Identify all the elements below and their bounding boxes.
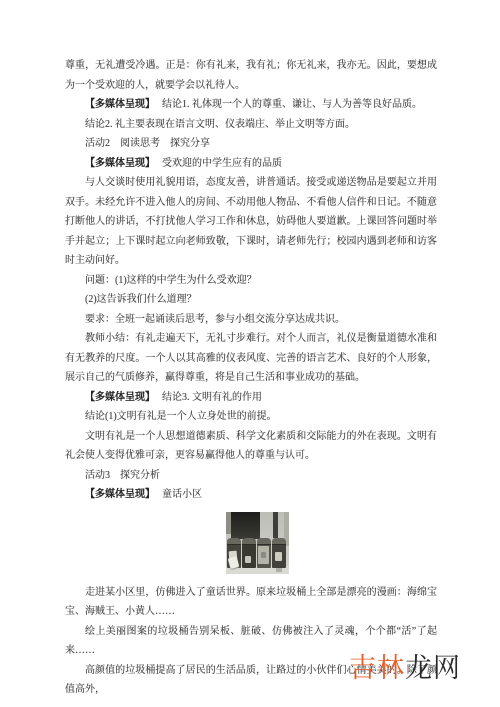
trash-bins-photo — [226, 512, 289, 574]
paragraph: (2)这告诉我们什么道理？ — [65, 290, 437, 310]
bin-lid — [272, 538, 286, 545]
wall-pole — [273, 512, 278, 538]
watermark-text-orange: 吉林 — [349, 653, 405, 683]
paragraph: 【多媒体呈现】童话小区 — [65, 485, 437, 505]
cartoon-sticker — [245, 556, 251, 563]
cartoon-sticker — [261, 552, 266, 558]
paragraph: 【多媒体呈现】结论1. 礼体现一个人的尊重、谦让、与人为善等良好品质。 — [65, 95, 437, 115]
watermark-text-black: 龙网 — [405, 653, 461, 683]
trash-bin — [272, 538, 286, 568]
site-watermark: 吉林龙网 — [349, 646, 461, 685]
paragraph: 教师小结：有礼走遍天下，无礼寸步难行。对个人而言，礼仪是衡量道德水准和有无教养的… — [65, 329, 437, 388]
media-presentation-label: 【多媒体呈现】 — [85, 489, 155, 500]
photo-row — [65, 512, 437, 576]
floor-mark — [276, 568, 282, 572]
bin-lid — [242, 538, 256, 545]
document-page: 尊重，无礼遭受冷遇。正是：你有礼来，我有礼；你无礼来，我亦无。因此，要想成为一个… — [0, 0, 500, 707]
paragraph-text: 结论3. 文明有礼的作用 — [162, 392, 262, 403]
paragraph: 【多媒体呈现】结论3. 文明有礼的作用 — [65, 388, 437, 408]
paragraph: 走进某小区里，仿佛进入了童话世界。原来垃圾桶上全部是漂亮的漫画：海绵宝宝、海贼王… — [65, 583, 437, 622]
trash-bin — [242, 538, 256, 568]
bin-lid — [257, 538, 271, 545]
paragraph: 文明有礼是一个人思想道德素质、科学文化素质和交际能力的外在表现。文明有礼会使人变… — [65, 427, 437, 466]
paragraph: 【多媒体呈现】受欢迎的中学生应有的品质 — [65, 154, 437, 174]
dark-doorway — [231, 512, 260, 539]
media-presentation-label: 【多媒体呈现】 — [85, 99, 155, 110]
activity-heading: 活动2 阅读思考 探究分享 — [65, 134, 437, 154]
media-presentation-label: 【多媒体呈现】 — [85, 158, 155, 169]
paragraph-text: 结论1. 礼体现一个人的尊重、谦让、与人为善等良好品质。 — [162, 99, 422, 110]
bin-lid — [227, 538, 241, 545]
activity-heading: 活动3 探究分析 — [65, 466, 437, 486]
paragraph: 与人交谈时使用礼貌用语，态度友善，讲普通话。接受或递送物品是要起立并用双手。未经… — [65, 173, 437, 271]
paragraph: 要求：全班一起诵读后思考，参与小组交流分享达成共识。 — [65, 310, 437, 330]
paragraph: 结论2. 礼主要表现在语言文明、仪表端庄、举止文明等方面。 — [65, 115, 437, 135]
document-body: 尊重，无礼遭受冷遇。正是：你有礼来，我有礼；你无礼来，我亦无。因此，要想成为一个… — [65, 56, 437, 700]
trash-bin — [257, 538, 271, 568]
cartoon-sticker — [275, 552, 282, 561]
paragraph: 尊重，无礼遭受冷遇。正是：你有礼来，我有礼；你无礼来，我亦无。因此，要想成为一个… — [65, 56, 437, 95]
paragraph-text: 童话小区 — [162, 489, 202, 500]
paragraph: 结论(1)文明有礼是一个人立身处世的前提。 — [65, 407, 437, 427]
paragraph: 问题：(1)这样的中学生为什么受欢迎？ — [65, 271, 437, 291]
media-presentation-label: 【多媒体呈现】 — [85, 392, 155, 403]
litter-paper — [227, 556, 239, 569]
paragraph-text: 受欢迎的中学生应有的品质 — [162, 158, 282, 169]
